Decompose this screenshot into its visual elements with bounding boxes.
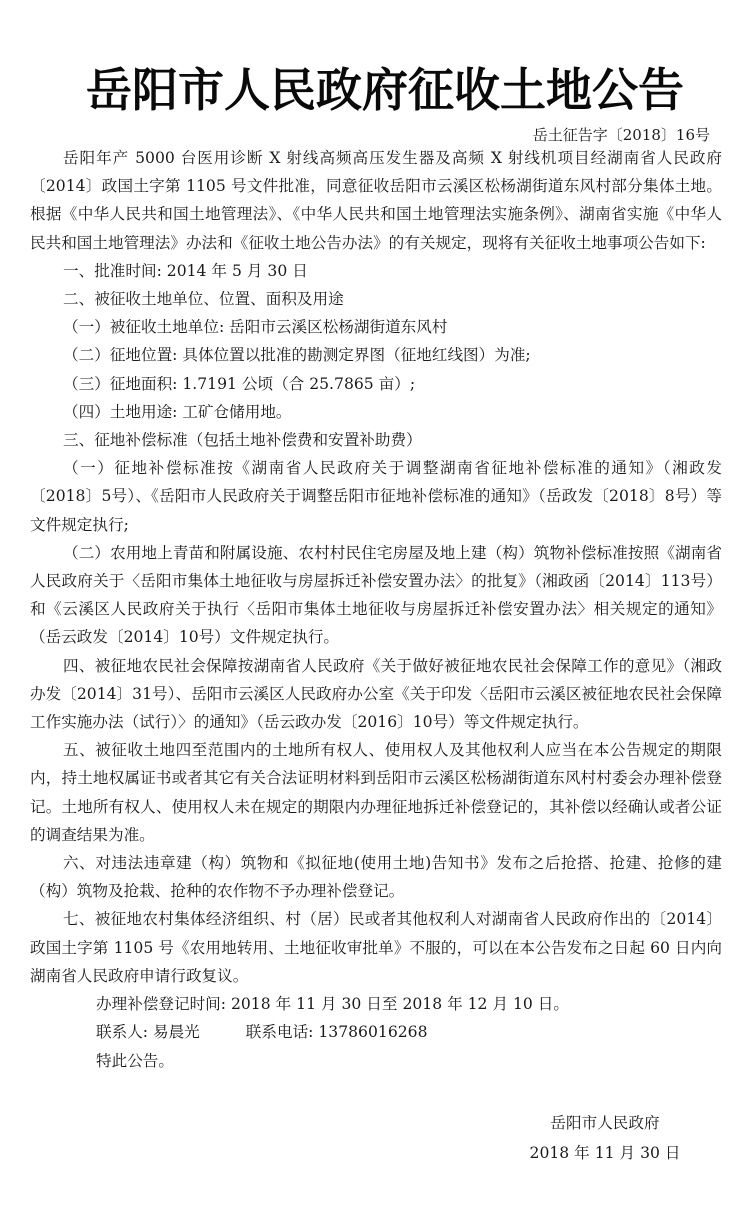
document-title: 岳阳市人民政府征收土地公告 xyxy=(60,62,710,118)
document-body: 岳阳年产 5000 台医用诊断 X 射线高频高压发生器及高频 X 射线机项目经湖… xyxy=(30,144,722,1075)
section-3-1: （一）征地补偿标准按《湖南省人民政府关于调整湖南省征地补偿标准的通知》（湘政发〔… xyxy=(30,454,722,539)
section-2-1: （一）被征收土地单位: 岳阳市云溪区松杨湖街道东风村 xyxy=(30,313,722,341)
section-4: 四、被征地农民社会保障按湖南省人民政府《关于做好被征地农民社会保障工作的意见》（… xyxy=(30,652,722,737)
section-2-3: （三）征地面积: 1.7191 公顷（合 25.7865 亩）; xyxy=(30,370,722,398)
section-5: 五、被征收土地四至范围内的土地所有权人、使用权人及其他权利人应当在本公告规定的期… xyxy=(30,736,722,849)
signature-block: 岳阳市人民政府 2018 年 11 月 30 日 xyxy=(520,1108,690,1168)
section-3-2: （二）农用地上青苗和附属设施、农村村民住宅房屋及地上建（构）筑物补偿标准按照《湖… xyxy=(30,539,722,652)
section-2: 二、被征收土地单位、位置、面积及用途 xyxy=(30,285,722,313)
notice-page: 岳阳市人民政府征收土地公告 岳土征告字〔2018〕16号 岳阳年产 5000 台… xyxy=(0,0,750,1216)
section-7: 七、被征地农村集体经济组织、村（居）民或者其他权利人对湖南省人民政府作出的〔20… xyxy=(30,905,722,990)
section-2-4: （四）土地用途: 工矿仓储用地。 xyxy=(30,398,722,426)
contact-person: 联系人: 易晨光 xyxy=(96,1023,200,1041)
contact-line: 联系人: 易晨光联系电话: 13786016268 xyxy=(30,1018,722,1046)
section-3: 三、征地补偿标准（包括土地补偿费和安置补助费） xyxy=(30,426,722,454)
signature-date: 2018 年 11 月 30 日 xyxy=(520,1138,690,1168)
section-6: 六、对违法违章建（构）筑物和《拟征地(使用土地)告知书》发布之后抢搭、抢建、抢修… xyxy=(30,849,722,905)
section-2-2: （二）征地位置: 具体位置以批准的勘测定界图（征地红线图）为准; xyxy=(30,341,722,369)
closing-statement: 特此公告。 xyxy=(30,1047,722,1075)
section-1: 一、批准时间: 2014 年 5 月 30 日 xyxy=(30,257,722,285)
intro-paragraph: 岳阳年产 5000 台医用诊断 X 射线高频高压发生器及高频 X 射线机项目经湖… xyxy=(30,144,722,257)
registration-time: 办理补偿登记时间: 2018 年 11 月 30 日至 2018 年 12 月 … xyxy=(30,990,722,1018)
signatory: 岳阳市人民政府 xyxy=(520,1108,690,1138)
contact-phone: 联系电话: 13786016268 xyxy=(246,1023,428,1041)
